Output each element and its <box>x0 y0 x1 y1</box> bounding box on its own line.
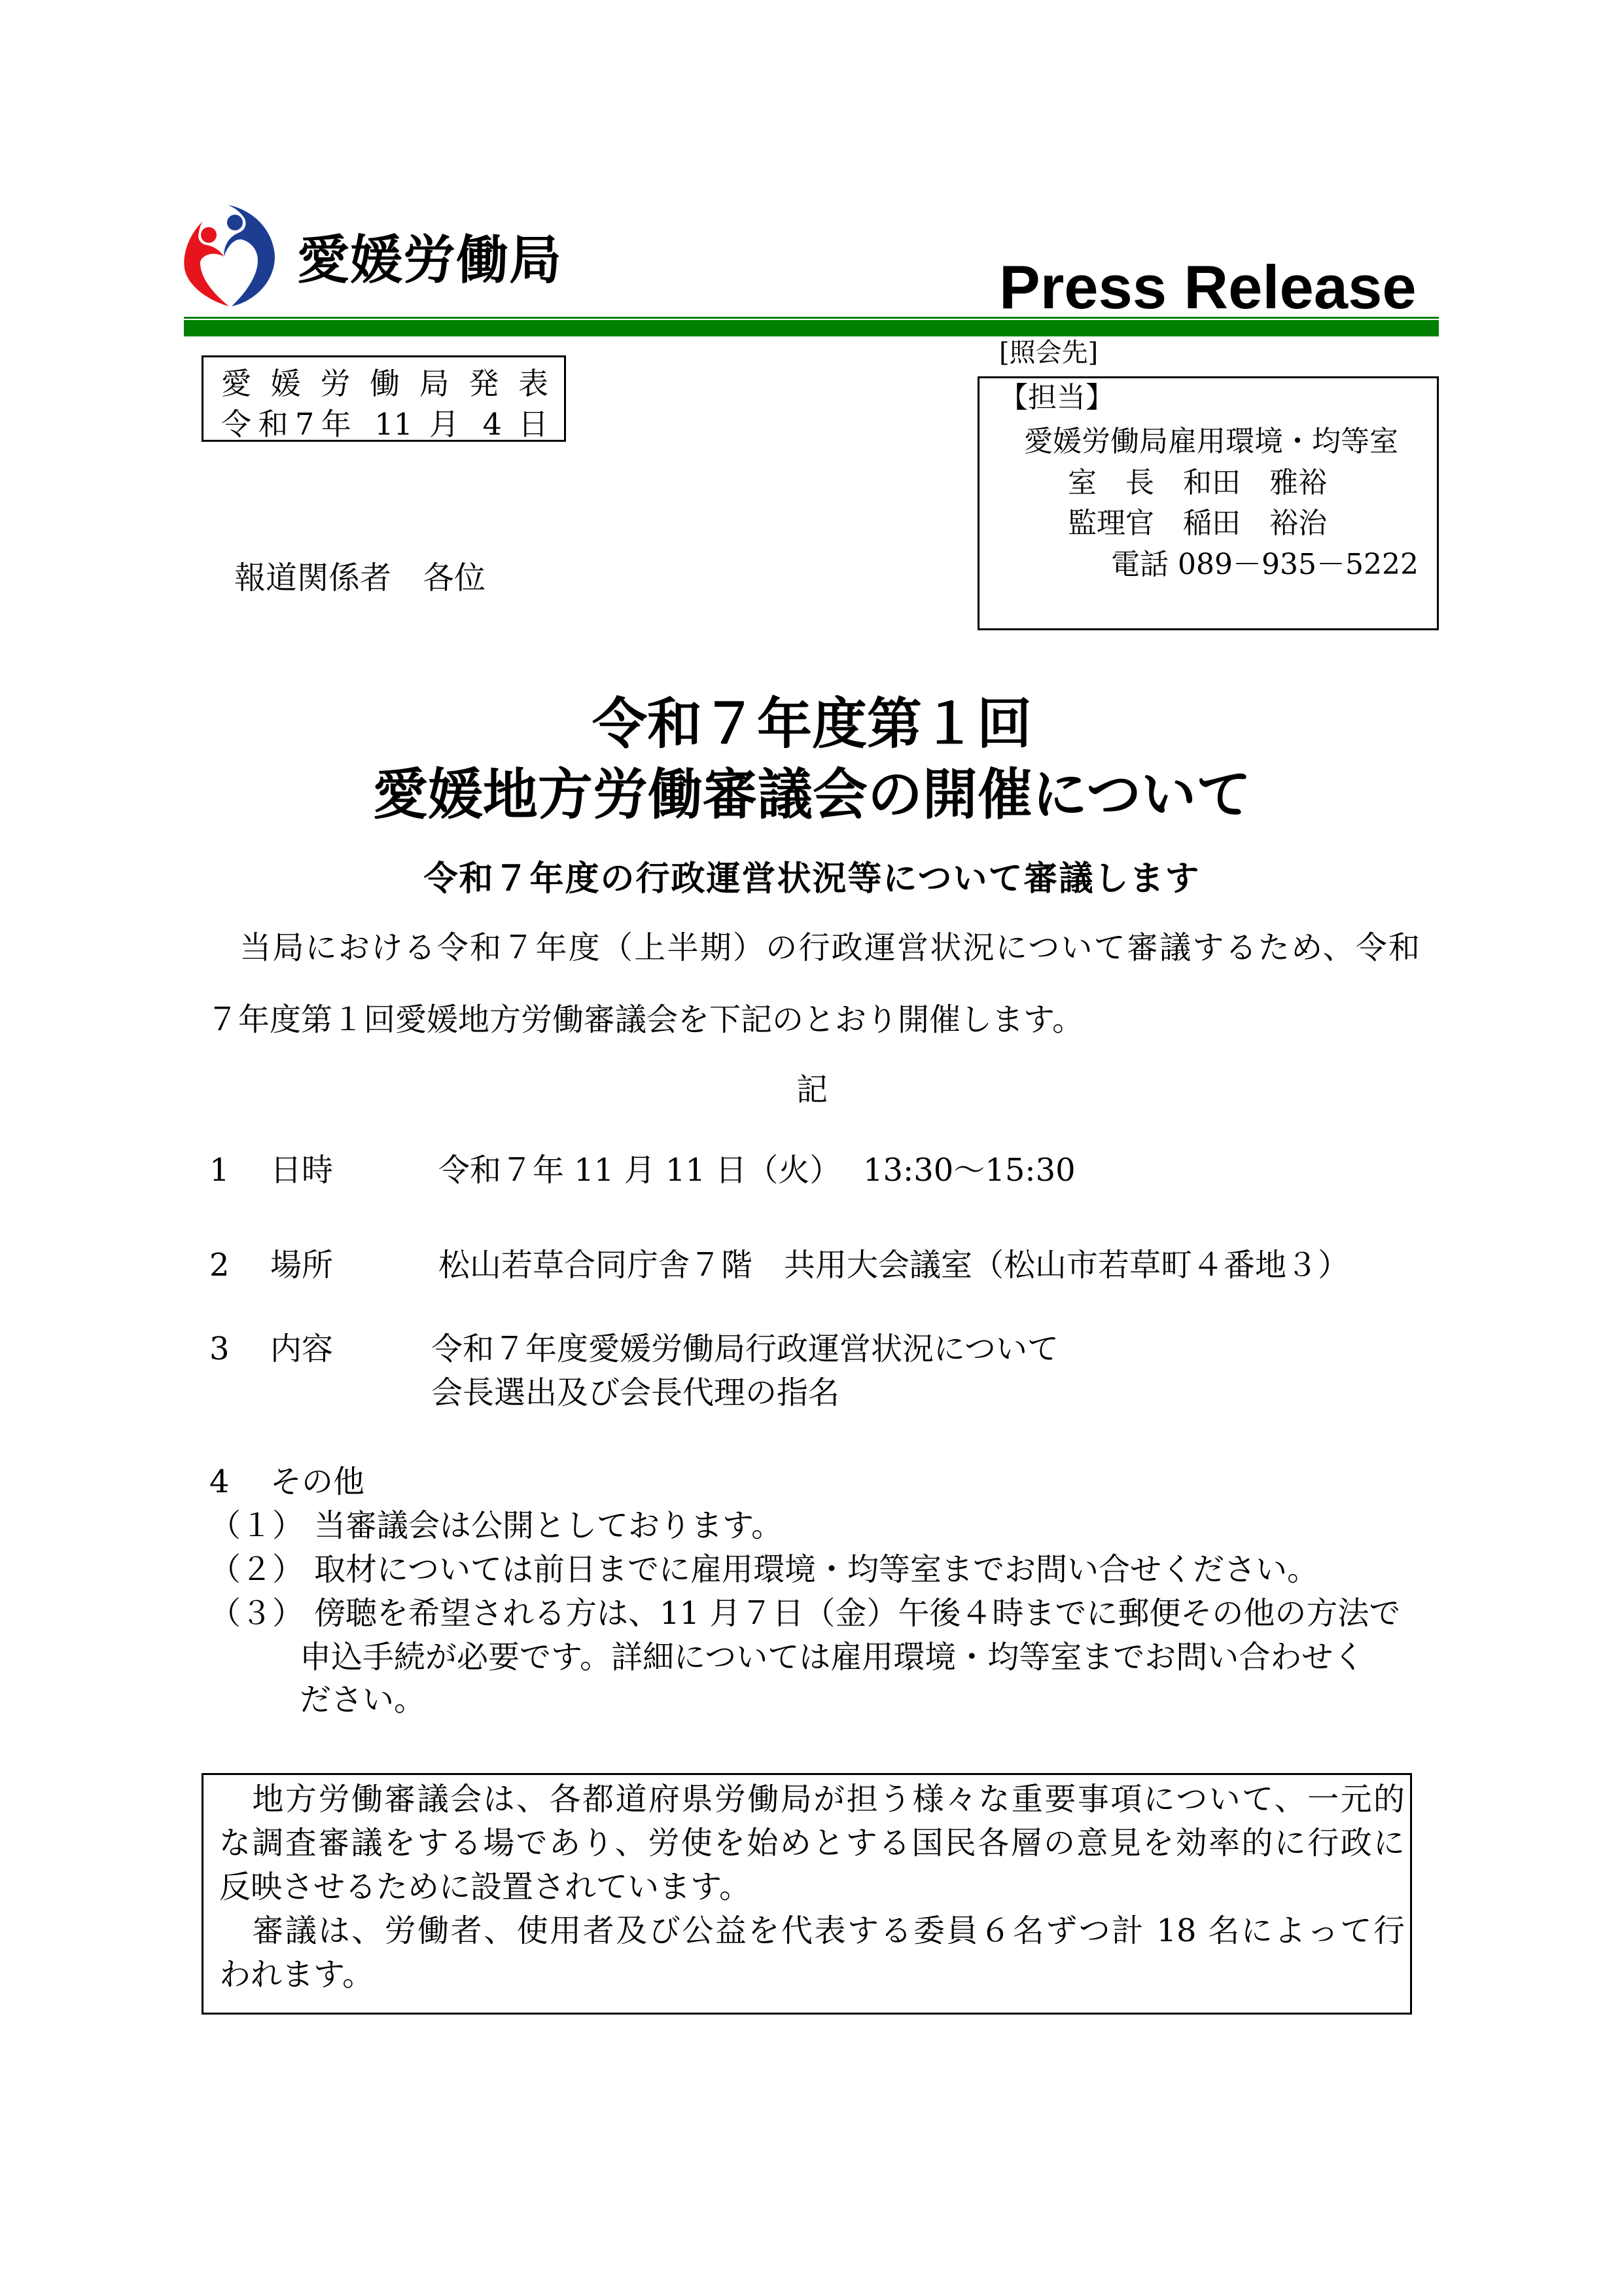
red-figure <box>184 221 229 306</box>
contact-person-title: 室 長 <box>1068 465 1154 501</box>
item-number: 1 <box>209 1151 230 1190</box>
item-label: 日時 <box>270 1151 333 1190</box>
info-line: 反映させるために設置されています。 <box>219 1867 750 1907</box>
contact-office: 愛媛労働局雇用環境・均等室 <box>1024 423 1398 460</box>
note-text: 傍聴を希望される方は、11 月７日（金）午後４時までに郵便その他の方法で <box>314 1594 1400 1633</box>
item-number: 4 <box>209 1462 230 1501</box>
phone-number: 089－935－5222 <box>1178 548 1419 581</box>
intro-line: 当局における令和７年度（上半期）の行政運営状況について審議するため、令和 <box>207 928 1420 967</box>
header-rule-thick <box>184 320 1439 336</box>
note-text: ださい。 <box>300 1680 425 1719</box>
item-label: その他 <box>270 1462 364 1501</box>
blue-figure <box>224 205 275 306</box>
info-line: 審議は、労働者、使用者及び公益を代表する委員６名ずつ計 18 名によって行 <box>219 1911 1405 1950</box>
item-value: 会長選出及び会長代理の指名 <box>431 1373 839 1412</box>
contact-person-name: 和田 雅裕 <box>1183 465 1327 501</box>
page-title-line-1: 令和７年度第１回 <box>0 691 1624 757</box>
item-label: 内容 <box>270 1329 333 1369</box>
item-value: 令和７年度愛媛労働局行政運営状況について <box>431 1329 1059 1369</box>
note-mark-number: （２） <box>209 1550 304 1589</box>
heart-figures-logo-icon <box>177 196 288 314</box>
note-mark-number: （１） <box>209 1506 304 1545</box>
item-number: 2 <box>209 1246 230 1285</box>
item-number: 3 <box>209 1329 230 1369</box>
org-name: 愛媛労働局 <box>297 229 562 292</box>
item-time: 13:30～15:30 <box>863 1151 1076 1190</box>
note-text: 申込手続が必要です。詳細については雇用環境・均等室までお問い合わせく <box>300 1638 1364 1677</box>
contact-person-name: 稲田 裕治 <box>1183 505 1327 542</box>
page-title-line-2: 愛媛地方労働審議会の開催について <box>0 762 1624 827</box>
inquiry-label: [照会先] <box>999 337 1098 368</box>
issuer-name: 愛媛労働局発表 <box>221 365 548 402</box>
info-line: な調査審議をする場であり、労使を始めとする国民各層の意見を効率的に行政に <box>219 1823 1405 1863</box>
phone-label: 電話 <box>1111 548 1169 581</box>
contact-section-label: 【担当】 <box>999 380 1114 416</box>
info-line: われます。 <box>219 1955 374 1994</box>
header-rule-thin <box>184 317 1439 319</box>
note-text: 当審議会は公開としております。 <box>314 1506 783 1545</box>
contact-person-title: 監理官 <box>1068 505 1154 542</box>
note-text: 取材については前日までに雇用環境・均等室までお問い合せください。 <box>314 1550 1318 1589</box>
info-box: 地方労働審議会は、各都道府県労働局が担う様々な重要事項について、一元的 な調査審… <box>202 1773 1412 2015</box>
info-line: 地方労働審議会は、各都道府県労働局が担う様々な重要事項について、一元的 <box>219 1780 1405 1819</box>
addressee: 報道関係者 各位 <box>234 558 485 598</box>
item-value: 松山若草合同庁舎７階 共用大会議室（松山市若草町４番地３） <box>438 1246 1349 1285</box>
item-value: 令和７年 11 月 11 日（火） <box>438 1151 841 1190</box>
press-release-page: 愛媛労働局 Press Release 愛媛労働局発表 令和7年 11 月 4 … <box>0 0 1624 2296</box>
issue-date: 令和7年 11 月 4 日 <box>221 406 548 442</box>
note-mark-number: （３） <box>209 1594 304 1633</box>
page-subtitle: 令和７年度の行政運営状況等について審議します <box>0 858 1624 900</box>
note-mark: 記 <box>0 1070 1624 1109</box>
contact-box: 【担当】 愛媛労働局雇用環境・均等室 室 長 和田 雅裕 監理官 稲田 裕治 電… <box>978 376 1439 630</box>
intro-line: ７年度第１回愛媛地方労働審議会を下記のとおり開催します。 <box>207 1000 1084 1039</box>
item-label: 場所 <box>270 1246 333 1285</box>
issuer-box: 愛媛労働局発表 令和7年 11 月 4 日 <box>202 355 566 442</box>
contact-phone: 電話 089－935－5222 <box>1111 547 1419 583</box>
press-release-heading: Press Release <box>999 257 1417 318</box>
